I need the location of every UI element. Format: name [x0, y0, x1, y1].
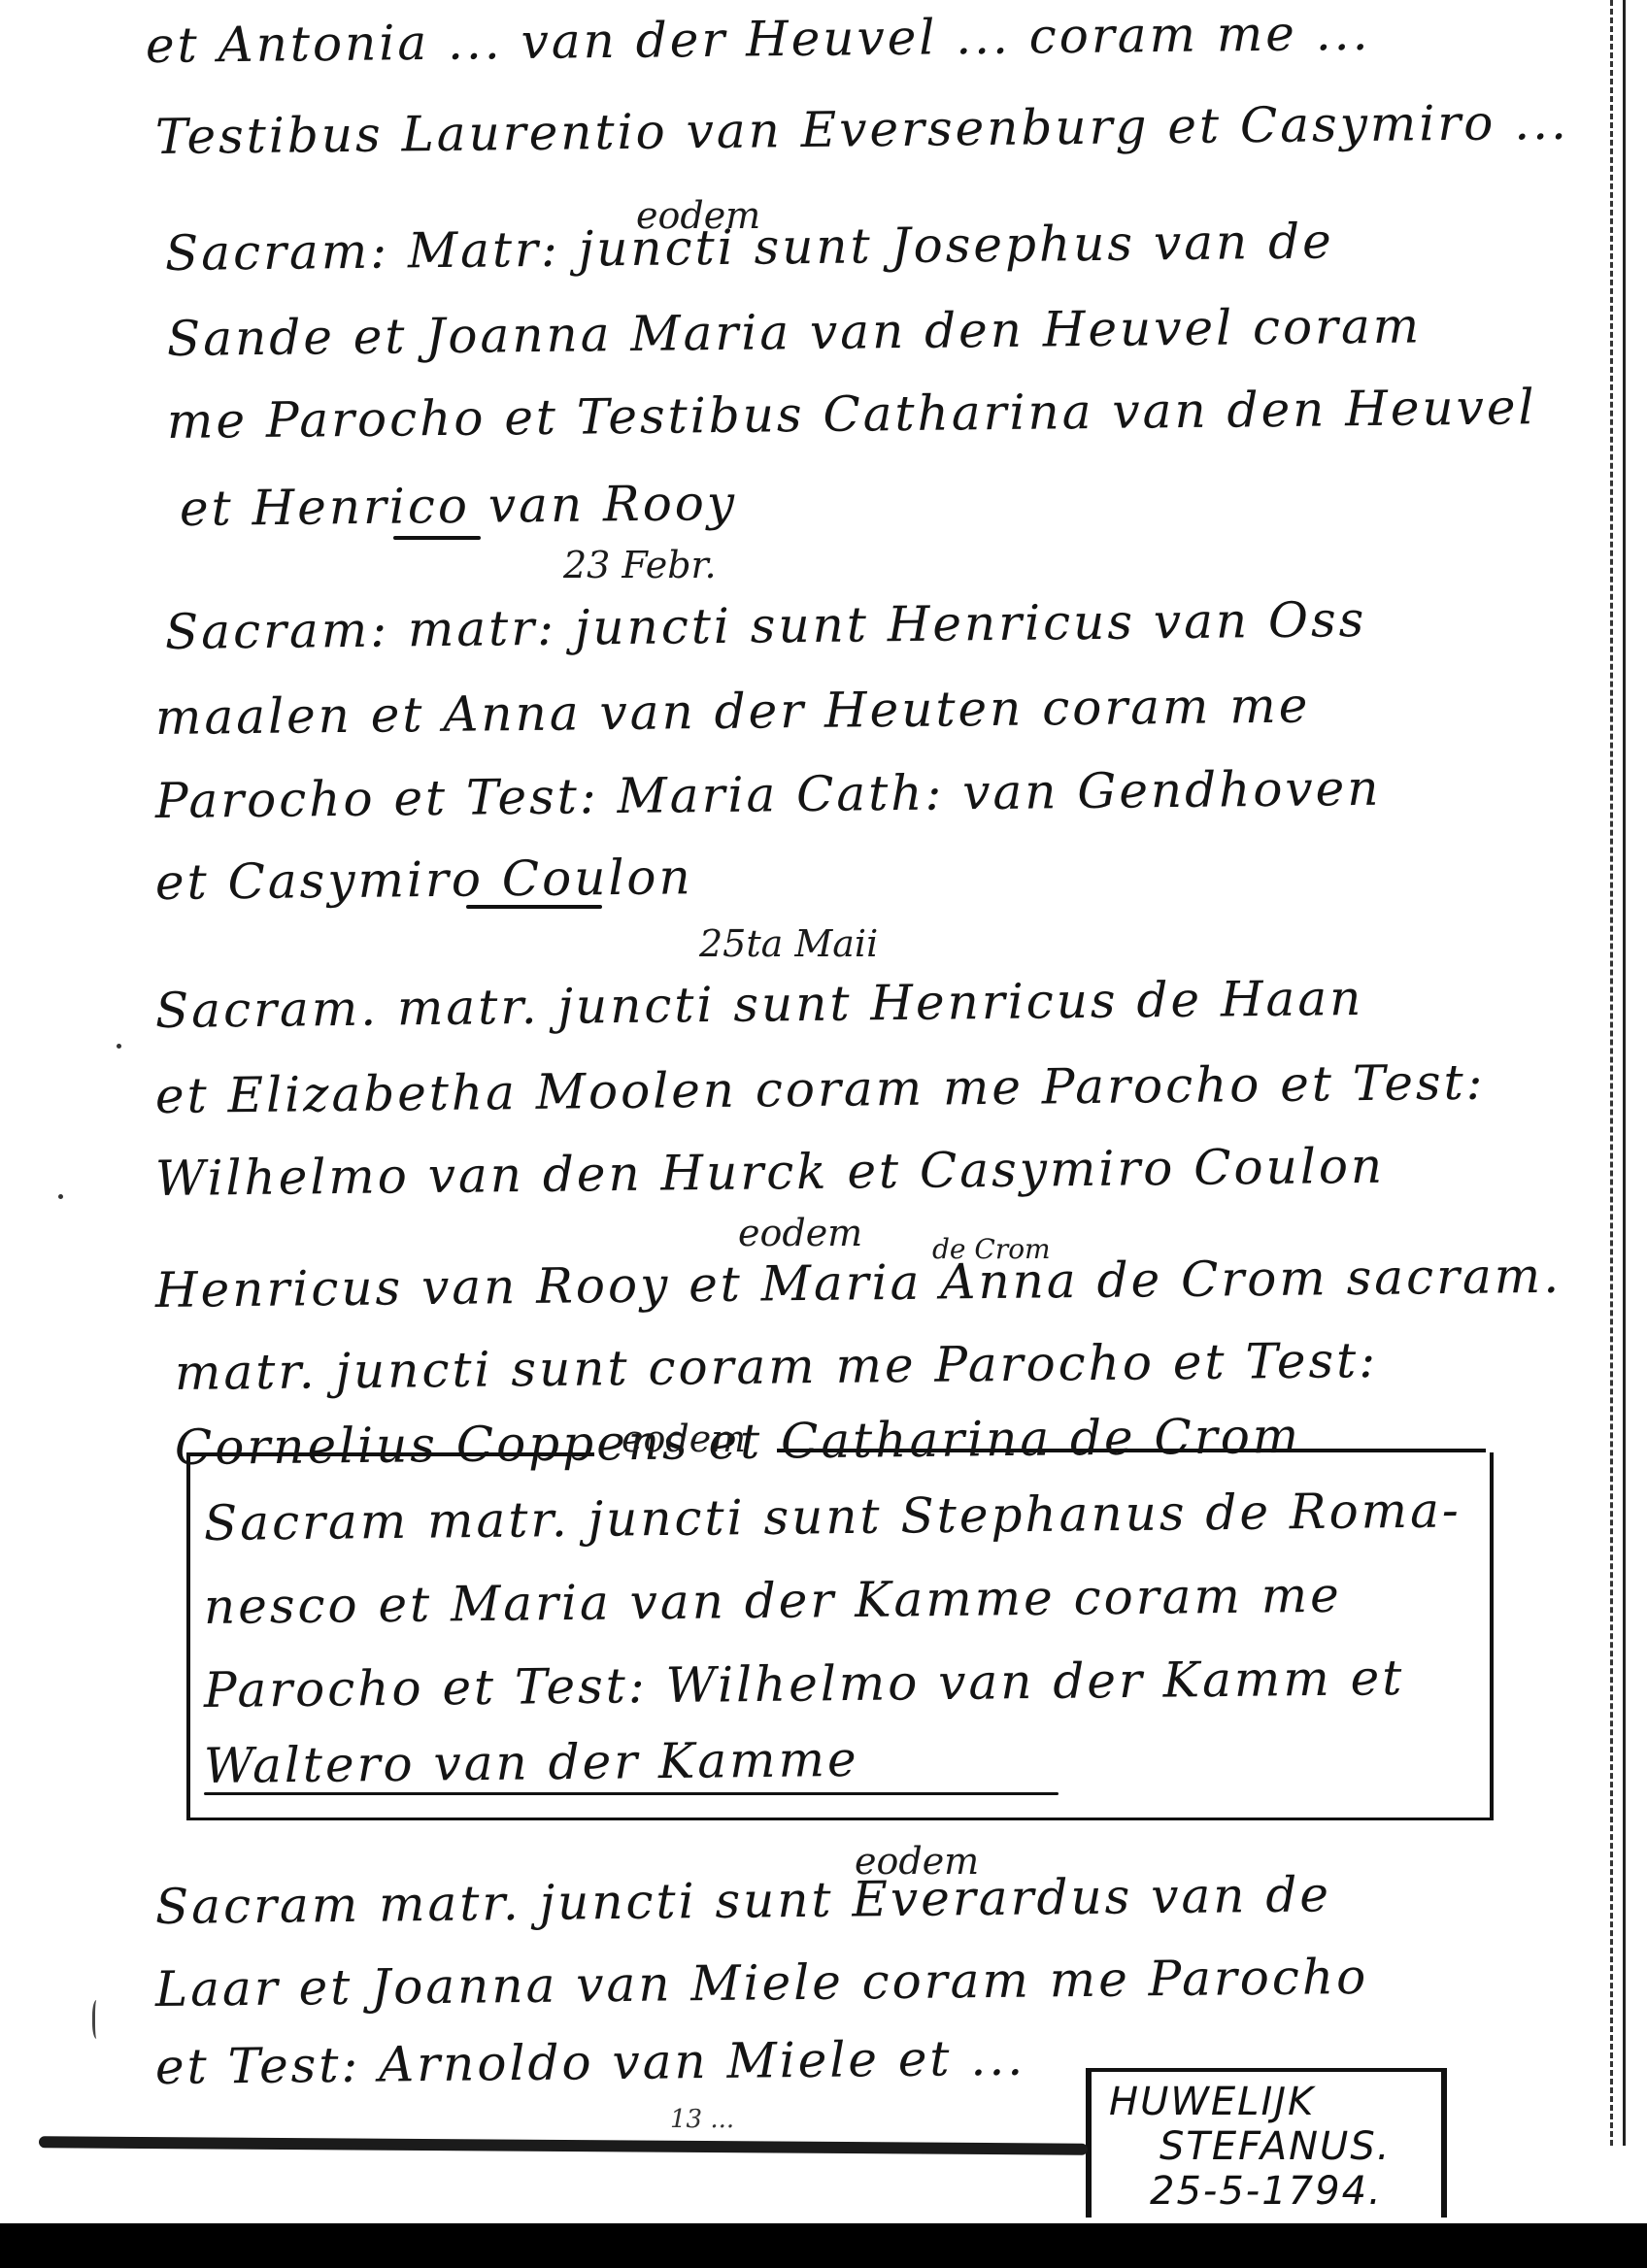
entry-line-7: Sacram: matr: juncti sunt Henricus van O…: [165, 591, 1367, 660]
name-underline: [466, 905, 602, 909]
entry-line-5: me Parocho et Testibus Catharina van den…: [167, 379, 1537, 450]
entry-line-6: et Henrico van Rooy: [180, 475, 738, 537]
bottom-rule: [39, 2136, 1088, 2155]
scanned-page: et Antonia ... van der Heuvel ... coram …: [0, 0, 1647, 2268]
entry-line-9: Parocho et Test: Maria Cath: van Gendhov…: [155, 760, 1382, 829]
scan-speck: [117, 1044, 121, 1049]
date-heading-eodem-2: eodem: [738, 1212, 862, 1254]
name-underline: [393, 536, 481, 540]
entry-line-13: Wilhelmo van den Hurck et Casymiro Coulo…: [155, 1138, 1386, 1207]
entry-line-20: Waltero van der Kamme: [204, 1731, 859, 1794]
date-heading-23-feb: 23 Febr.: [563, 544, 717, 586]
entry-line-14: Henricus van Rooy et Maria Anna de Crom …: [155, 1248, 1563, 1318]
entry-line-22: Laar et Joanna van Miele coram me Paroch…: [155, 1949, 1369, 2018]
entry-line-15: matr. juncti sunt coram me Parocho et Te…: [175, 1332, 1379, 1401]
entry-line-11: Sacram. matr. juncti sunt Henricus de Ha…: [155, 970, 1364, 1039]
scan-mark: [92, 2000, 103, 2039]
scan-border: [0, 2223, 1647, 2268]
archive-label-stamp: HUWELIJK STEFANUS. 25-5-1794.: [1086, 2068, 1447, 2218]
stamp-line-2: STEFANUS.: [1160, 2124, 1391, 2169]
entry-line-8: maalen et Anna van der Heuten coram me: [155, 678, 1311, 746]
entry-line-10: et Casymiro Coulon: [155, 849, 693, 911]
entry-line-21: Sacram matr. juncti sunt Everardus van d…: [155, 1866, 1332, 1935]
entry-line-1: et Antonia ... van der Heuvel ... coram …: [146, 5, 1371, 74]
date-heading-25-maii: 25ta Maii: [699, 922, 878, 965]
stamp-line-1: HUWELIJK: [1109, 2080, 1315, 2124]
entry-line-2: Testibus Laurentio van Eversenburg et Ca…: [155, 94, 1569, 165]
page-number: 13 ...: [670, 2105, 734, 2134]
right-margin-rule: [1610, 0, 1626, 2146]
entry-line-12: et Elizabetha Moolen coram me Parocho et…: [155, 1054, 1486, 1124]
entry-line-4: Sande et Joanna Maria van den Heuvel cor…: [167, 297, 1423, 367]
stamp-line-3: 25-5-1794.: [1150, 2169, 1383, 2214]
entry-underline: [204, 1792, 1059, 1795]
entry-line-23: et Test: Arnoldo van Miele et ...: [155, 2030, 1026, 2095]
entry-line-18: nesco et Maria van der Kamme coram me: [204, 1567, 1342, 1635]
entry-line-3: Sacram: Matr: juncti sunt Josephus van d…: [165, 213, 1334, 282]
scan-speck: [58, 1194, 63, 1199]
